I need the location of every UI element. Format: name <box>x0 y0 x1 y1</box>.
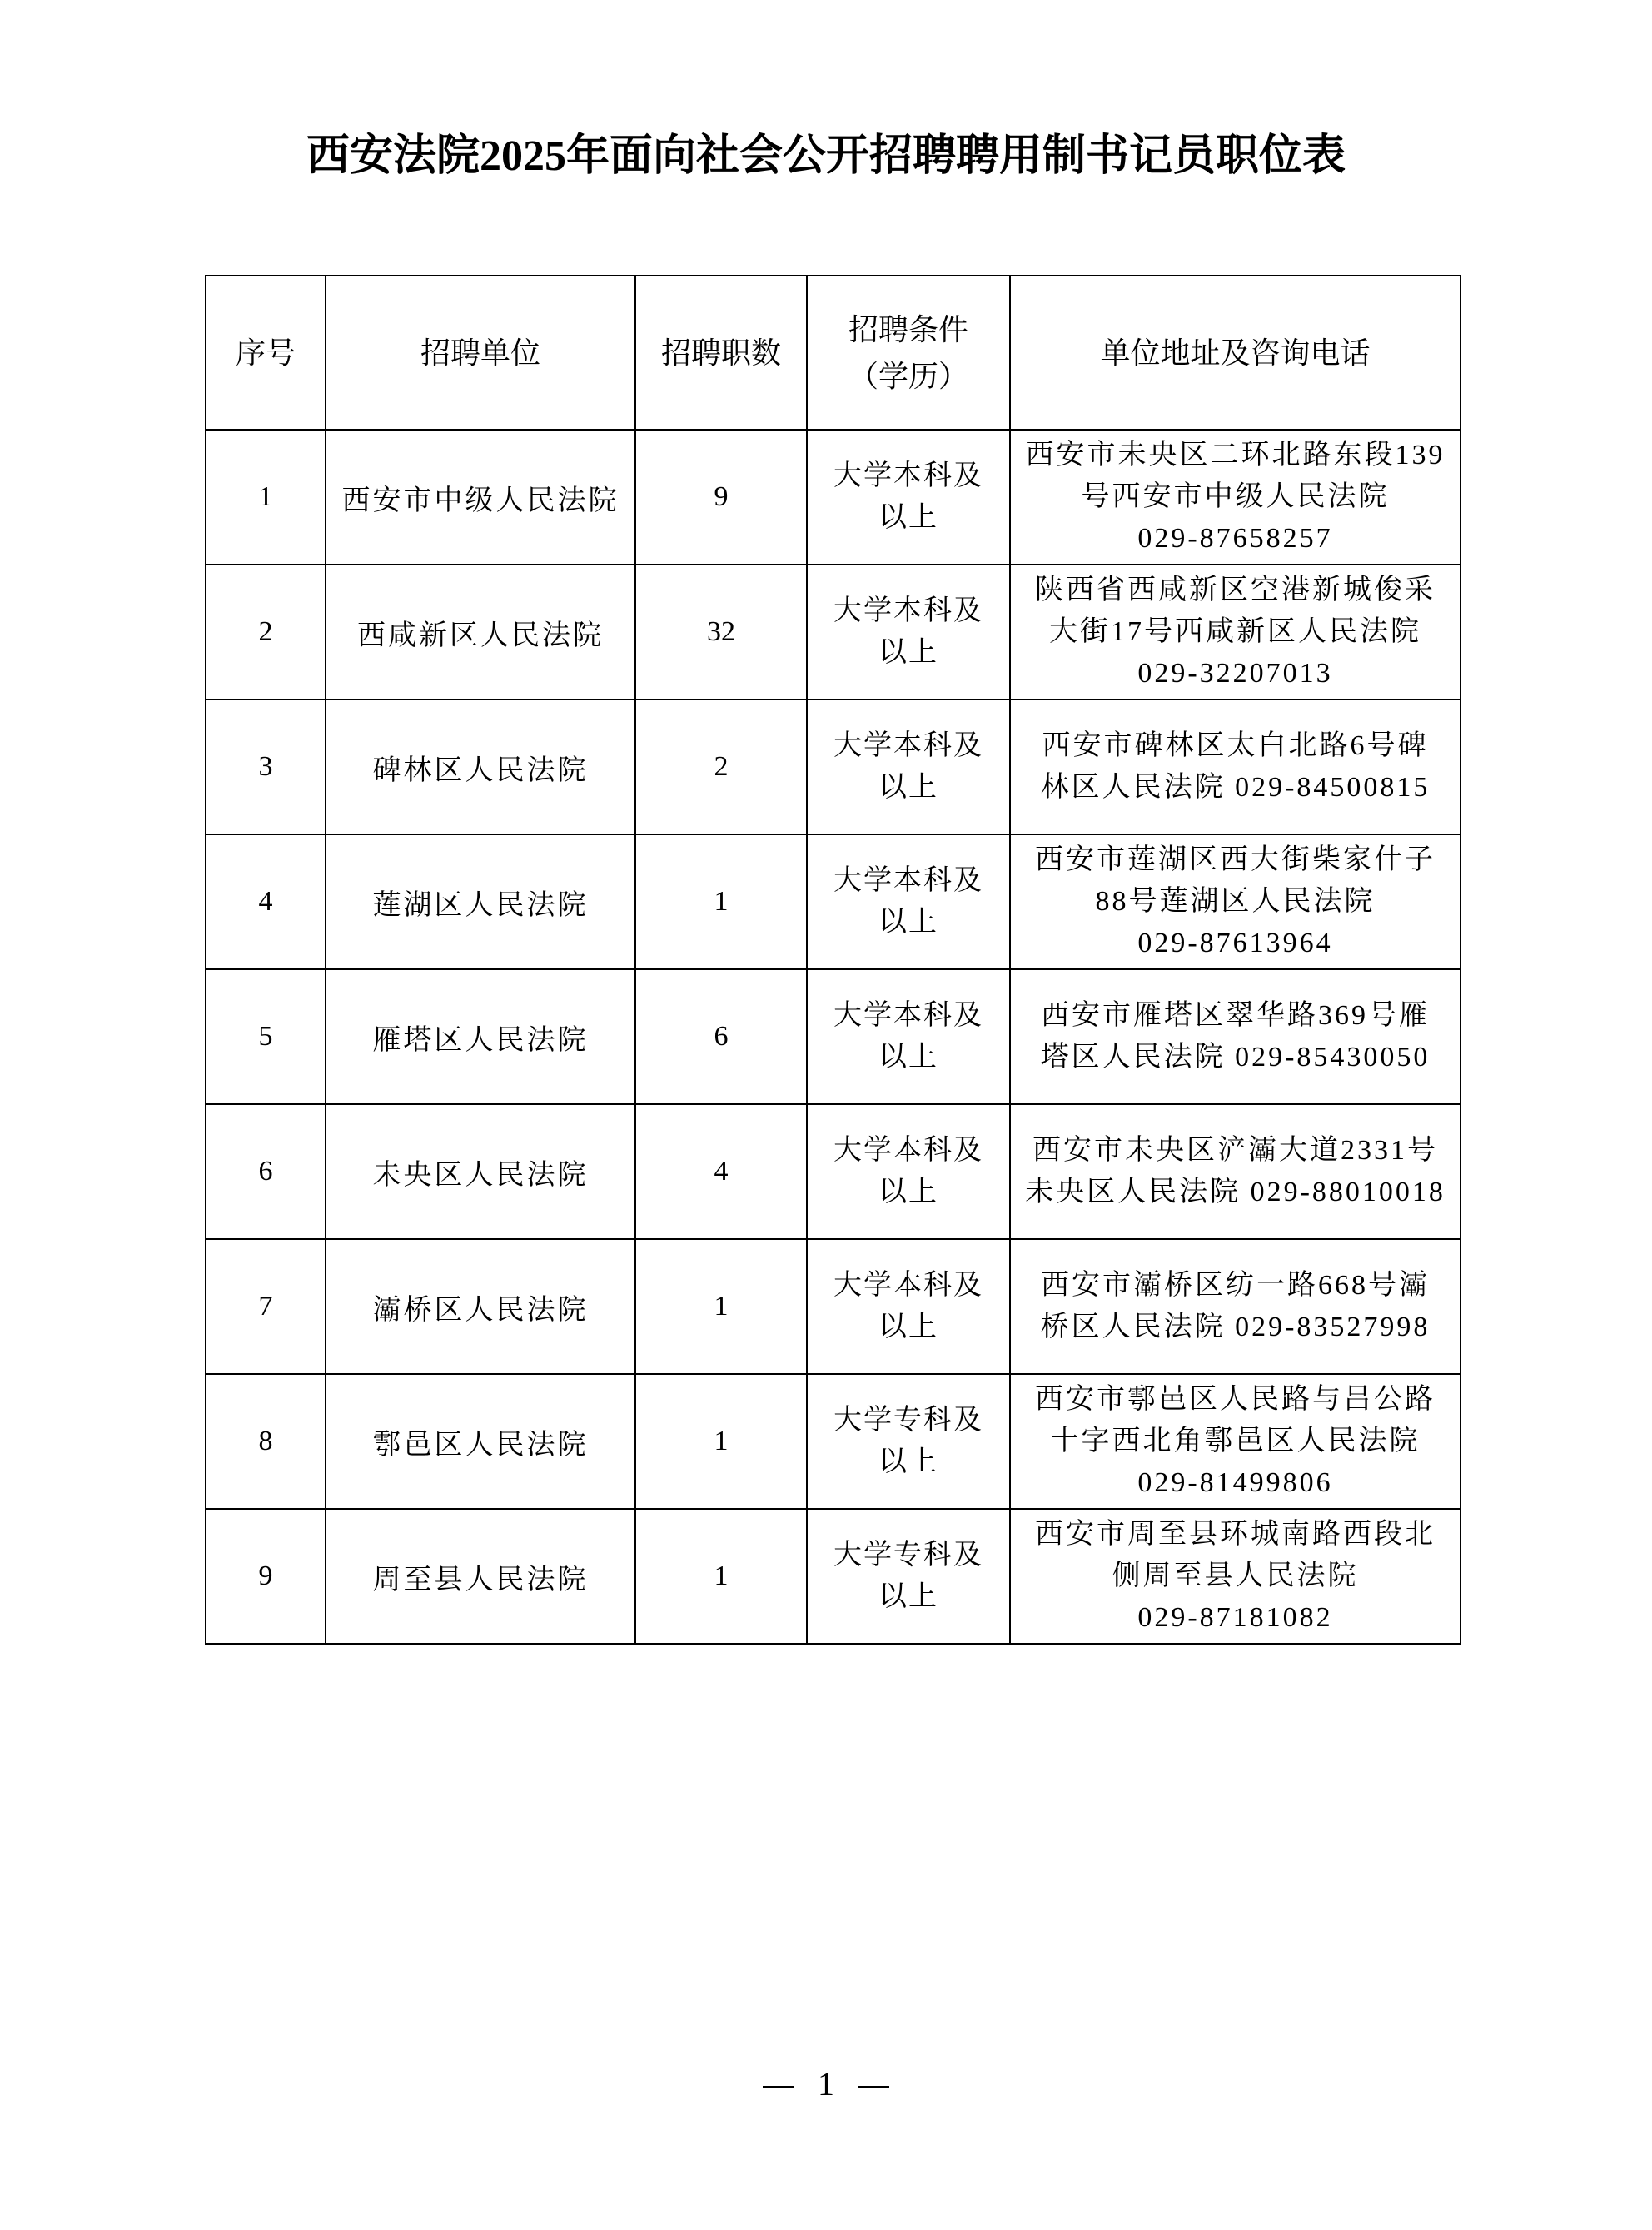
condition-line2: 以上 <box>808 1037 1009 1078</box>
condition-line1: 大学本科及 <box>808 455 1009 497</box>
address-line: 十字西北角鄠邑区人民法院 <box>1011 1421 1460 1462</box>
recruiting-unit-cell: 鄠邑区人民法院 <box>326 1374 635 1509</box>
address-phone-cell: 西安市鄠邑区人民路与吕公路十字西北角鄠邑区人民法院029-81499806 <box>1010 1374 1460 1509</box>
address-line: 西安市未央区二环北路东段139 <box>1011 435 1460 476</box>
position-count-cell: 1 <box>635 1509 807 1644</box>
address-line: 号西安市中级人民法院 <box>1011 476 1460 518</box>
recruiting-unit-cell: 碑林区人民法院 <box>326 699 635 834</box>
serial-number-cell: 2 <box>206 565 326 699</box>
condition-line1: 大学专科及 <box>808 1535 1009 1576</box>
address-phone-cell: 西安市灞桥区纺一路668号灞桥区人民法院 029-83527998 <box>1010 1239 1460 1374</box>
condition-cell: 大学本科及以上 <box>807 430 1010 565</box>
serial-number-cell: 6 <box>206 1104 326 1239</box>
address-line: 西安市周至县环城南路西段北 <box>1011 1514 1460 1556</box>
condition-line1: 大学本科及 <box>808 590 1009 632</box>
condition-cell: 大学本科及以上 <box>807 1104 1010 1239</box>
header-condition-line2: （学历） <box>808 353 1009 400</box>
position-count-cell: 2 <box>635 699 807 834</box>
address-line: 029-32207013 <box>1011 653 1460 694</box>
address-line: 西安市雁塔区翠华路369号雁 <box>1011 995 1460 1037</box>
address-line: 大街17号西咸新区人民法院 <box>1011 611 1460 653</box>
position-count-cell: 1 <box>635 1374 807 1509</box>
recruiting-unit-cell: 西安市中级人民法院 <box>326 430 635 565</box>
recruiting-unit-cell: 未央区人民法院 <box>326 1104 635 1239</box>
position-count-cell: 1 <box>635 834 807 969</box>
table-header-row: 序号 招聘单位 招聘职数 招聘条件 （学历） 单位地址及咨询电话 <box>206 276 1460 430</box>
serial-number-cell: 1 <box>206 430 326 565</box>
recruiting-unit-cell: 周至县人民法院 <box>326 1509 635 1644</box>
header-condition-line1: 招聘条件 <box>808 306 1009 353</box>
position-count-cell: 9 <box>635 430 807 565</box>
address-line: 西安市灞桥区纺一路668号灞 <box>1011 1265 1460 1307</box>
condition-line2: 以上 <box>808 767 1009 809</box>
condition-line2: 以上 <box>808 1172 1009 1213</box>
header-condition: 招聘条件 （学历） <box>807 276 1010 430</box>
address-phone-cell: 西安市未央区浐灞大道2331号未央区人民法院 029-88010018 <box>1010 1104 1460 1239</box>
table-row: 9周至县人民法院1大学专科及以上西安市周至县环城南路西段北侧周至县人民法院029… <box>206 1509 1460 1644</box>
address-line: 西安市未央区浐灞大道2331号 <box>1011 1130 1460 1172</box>
address-phone-cell: 西安市碑林区太白北路6号碑林区人民法院 029-84500815 <box>1010 699 1460 834</box>
address-phone-cell: 西安市未央区二环北路东段139号西安市中级人民法院029-87658257 <box>1010 430 1460 565</box>
recruiting-unit-cell: 雁塔区人民法院 <box>326 969 635 1104</box>
serial-number-cell: 5 <box>206 969 326 1104</box>
header-recruiting-unit: 招聘单位 <box>326 276 635 430</box>
condition-line1: 大学本科及 <box>808 1265 1009 1307</box>
position-count-cell: 6 <box>635 969 807 1104</box>
condition-line2: 以上 <box>808 1307 1009 1348</box>
table-row: 3碑林区人民法院2大学本科及以上西安市碑林区太白北路6号碑林区人民法院 029-… <box>206 699 1460 834</box>
table-row: 6未央区人民法院4大学本科及以上西安市未央区浐灞大道2331号未央区人民法院 0… <box>206 1104 1460 1239</box>
serial-number-cell: 9 <box>206 1509 326 1644</box>
page-footer: 1 <box>0 2063 1652 2105</box>
header-position-count: 招聘职数 <box>635 276 807 430</box>
positions-table: 序号 招聘单位 招聘职数 招聘条件 （学历） 单位地址及咨询电话 1西安市中级人… <box>205 275 1461 1645</box>
recruiting-unit-cell: 莲湖区人民法院 <box>326 834 635 969</box>
condition-line1: 大学专科及 <box>808 1400 1009 1441</box>
address-line: 029-87613964 <box>1011 923 1460 964</box>
table-row: 7灞桥区人民法院1大学本科及以上西安市灞桥区纺一路668号灞桥区人民法院 029… <box>206 1239 1460 1374</box>
footer-dash-right <box>858 2086 889 2088</box>
address-line: 未央区人民法院 029-88010018 <box>1011 1172 1460 1213</box>
recruiting-unit-cell: 灞桥区人民法院 <box>326 1239 635 1374</box>
serial-number-cell: 4 <box>206 834 326 969</box>
condition-cell: 大学本科及以上 <box>807 565 1010 699</box>
address-line: 西安市莲湖区西大街柴家什子 <box>1011 839 1460 881</box>
condition-line2: 以上 <box>808 497 1009 539</box>
condition-cell: 大学本科及以上 <box>807 834 1010 969</box>
address-phone-cell: 西安市莲湖区西大街柴家什子88号莲湖区人民法院029-87613964 <box>1010 834 1460 969</box>
address-line: 029-81499806 <box>1011 1462 1460 1504</box>
address-line: 西安市鄠邑区人民路与吕公路 <box>1011 1379 1460 1421</box>
condition-line1: 大学本科及 <box>808 725 1009 767</box>
condition-line2: 以上 <box>808 902 1009 943</box>
address-line: 塔区人民法院 029-85430050 <box>1011 1037 1460 1078</box>
address-line: 侧周至县人民法院 <box>1011 1556 1460 1597</box>
address-phone-cell: 西安市周至县环城南路西段北侧周至县人民法院029-87181082 <box>1010 1509 1460 1644</box>
page-number: 1 <box>818 2065 834 2103</box>
address-line: 桥区人民法院 029-83527998 <box>1011 1307 1460 1348</box>
address-phone-cell: 西安市雁塔区翠华路369号雁塔区人民法院 029-85430050 <box>1010 969 1460 1104</box>
condition-cell: 大学本科及以上 <box>807 699 1010 834</box>
address-line: 林区人民法院 029-84500815 <box>1011 767 1460 809</box>
condition-cell: 大学本科及以上 <box>807 969 1010 1104</box>
serial-number-cell: 7 <box>206 1239 326 1374</box>
table-row: 8鄠邑区人民法院1大学专科及以上西安市鄠邑区人民路与吕公路十字西北角鄠邑区人民法… <box>206 1374 1460 1509</box>
recruiting-unit-cell: 西咸新区人民法院 <box>326 565 635 699</box>
serial-number-cell: 8 <box>206 1374 326 1509</box>
address-line: 029-87181082 <box>1011 1597 1460 1639</box>
footer-dash-left <box>763 2086 794 2088</box>
table-row: 4莲湖区人民法院1大学本科及以上西安市莲湖区西大街柴家什子88号莲湖区人民法院0… <box>206 834 1460 969</box>
condition-cell: 大学专科及以上 <box>807 1374 1010 1509</box>
address-line: 88号莲湖区人民法院 <box>1011 881 1460 923</box>
condition-line2: 以上 <box>808 1576 1009 1618</box>
address-line: 陕西省西咸新区空港新城俊采 <box>1011 570 1460 611</box>
condition-line1: 大学本科及 <box>808 860 1009 902</box>
condition-line2: 以上 <box>808 1441 1009 1483</box>
position-count-cell: 32 <box>635 565 807 699</box>
table-row: 2西咸新区人民法院32大学本科及以上陕西省西咸新区空港新城俊采大街17号西咸新区… <box>206 565 1460 699</box>
position-count-cell: 4 <box>635 1104 807 1239</box>
condition-line1: 大学本科及 <box>808 1130 1009 1172</box>
condition-cell: 大学本科及以上 <box>807 1239 1010 1374</box>
table-row: 5雁塔区人民法院6大学本科及以上西安市雁塔区翠华路369号雁塔区人民法院 029… <box>206 969 1460 1104</box>
position-count-cell: 1 <box>635 1239 807 1374</box>
serial-number-cell: 3 <box>206 699 326 834</box>
table-row: 1西安市中级人民法院9大学本科及以上西安市未央区二环北路东段139号西安市中级人… <box>206 430 1460 565</box>
address-line: 西安市碑林区太白北路6号碑 <box>1011 725 1460 767</box>
condition-cell: 大学专科及以上 <box>807 1509 1010 1644</box>
header-address-phone: 单位地址及咨询电话 <box>1010 276 1460 430</box>
address-phone-cell: 陕西省西咸新区空港新城俊采大街17号西咸新区人民法院029-32207013 <box>1010 565 1460 699</box>
document-title: 西安法院2025年面向社会公开招聘聘用制书记员职位表 <box>0 127 1652 187</box>
header-serial-number: 序号 <box>206 276 326 430</box>
condition-line2: 以上 <box>808 632 1009 674</box>
address-line: 029-87658257 <box>1011 518 1460 560</box>
condition-line1: 大学本科及 <box>808 995 1009 1037</box>
